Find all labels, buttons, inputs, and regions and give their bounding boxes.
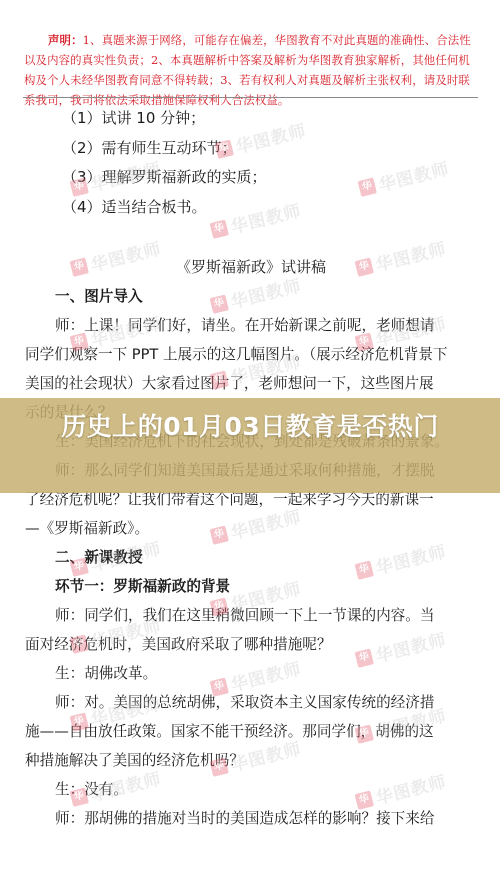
requirement-item: （2）需有师生互动环节；	[62, 137, 237, 158]
paragraph-line: 师：同学们，我们在这里稍微回顾一下上一节课的内容。当	[55, 604, 434, 625]
watermark-logo-icon: 华	[354, 648, 373, 667]
disclaimer-lead: 声明：	[48, 33, 83, 47]
overlay-title: 历史上的01月03日教育是否热门	[40, 410, 460, 444]
document-title: 《罗斯福新政》试讲稿	[176, 256, 326, 277]
subsection-heading: 环节一：罗斯福新政的背景	[55, 575, 230, 596]
paragraph-line: 面对经济危机时，美国政府采取了哪种措施呢？	[25, 633, 331, 654]
watermark: 华华图教师	[68, 234, 163, 281]
paragraph-line: 生：胡佛改革。	[55, 662, 157, 683]
watermark-logo-icon: 华	[209, 294, 228, 313]
paragraph-line: 种措施解决了美国的经济危机吗？	[25, 749, 244, 770]
paragraph-line: 施——自由放任政策。国家不能干预经济。那同学们，胡佛的这	[25, 720, 434, 741]
watermark: 华华图教师	[353, 537, 448, 584]
section-heading-2: 二、新课教授	[55, 546, 143, 567]
requirement-item: （4）适当结合板书。	[62, 196, 207, 217]
watermark: 华华图教师	[353, 234, 448, 281]
requirement-item: （1）试讲 10 分钟；	[62, 107, 205, 128]
watermark-logo-icon: 华	[354, 257, 373, 276]
paragraph-line: 师：上课！同学们好，请坐。在开始新课之前呢，老师想请	[55, 314, 434, 335]
paragraph-line: 师：那胡佛的措施对当时的美国造成怎样的影响？接下来给	[55, 807, 434, 828]
paragraph-line: 美国的社会现状）大家看过图片了，老师想问一下，这些图片展	[25, 372, 434, 393]
disclaimer-text: 1、真题来源于网络，可能存在偏差，华图教育不对此真题的准确性、合法性以及内容的真…	[24, 33, 471, 107]
watermark-logo-icon: 华	[354, 560, 373, 579]
paragraph-line: —《罗斯福新政》。	[25, 517, 149, 538]
watermark-logo-icon: 华	[209, 219, 228, 238]
requirement-item: （3）理解罗斯福新政的实质；	[62, 166, 267, 187]
disclaimer: 声明：1、真题来源于网络，可能存在偏差，华图教育不对此真题的准确性、合法性以及内…	[24, 30, 480, 110]
section-heading-1: 一、图片导入	[55, 285, 143, 306]
watermark: 华华图教师	[356, 154, 451, 201]
watermark: 华华图教师	[208, 502, 303, 549]
divider-rule	[23, 97, 478, 98]
watermark: 华华图教师	[208, 271, 303, 318]
paragraph-line: 同学们观察一下 PPT 上展示的这几幅图片。（展示经济危机背景下	[25, 343, 448, 364]
watermark-logo-icon: 华	[69, 257, 88, 276]
watermark-logo-icon: 华	[357, 177, 376, 196]
document-page: 声明：1、真题来源于网络，可能存在偏差，华图教育不对此真题的准确性、合法性以及内…	[0, 0, 500, 892]
watermark: 华华图教师	[353, 625, 448, 672]
watermark: 华华图教师	[208, 196, 303, 243]
paragraph-line: 师：对。美国的总统胡佛，采取资本主义国家传统的经济措	[55, 691, 434, 712]
paragraph-line: 生：没有。	[55, 778, 128, 799]
watermark-logo-icon: 华	[209, 525, 228, 544]
